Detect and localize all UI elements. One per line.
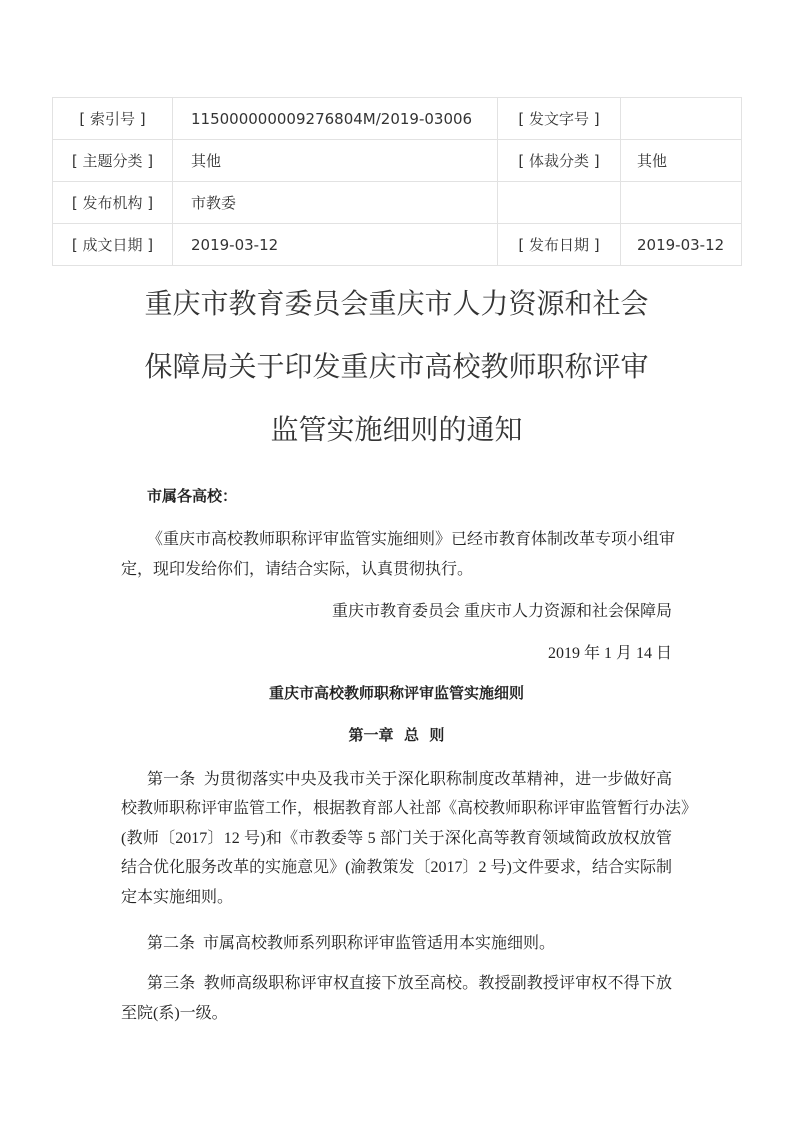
genre-category-label: [ 体裁分类 ] bbox=[498, 140, 621, 182]
table-row: [ 主题分类 ] 其他 [ 体裁分类 ] 其他 bbox=[53, 140, 742, 182]
written-date-label: [ 成文日期 ] bbox=[53, 224, 173, 266]
rules-title: 重庆市高校教师职称评审监管实施细则 bbox=[0, 682, 793, 703]
table-row: [ 成文日期 ] 2019-03-12 [ 发布日期 ] 2019-03-12 bbox=[53, 224, 742, 266]
publisher-value: 市教委 bbox=[173, 182, 498, 224]
table-row: [ 索引号 ] 115000000009276804M/2019-03006 [… bbox=[53, 98, 742, 140]
article-1-line-2: 校教师职称评审监管工作，根据教育部人社部《高校教师职称评审监管暂行办法》 bbox=[121, 795, 672, 818]
article-3-line-1: 第三条 教师高级职称评审权直接下放至高校。教授副教授评审权不得下放 bbox=[147, 970, 672, 993]
article-1-line-5: 定本实施细则。 bbox=[121, 884, 233, 907]
index-number-value: 115000000009276804M/2019-03006 bbox=[173, 98, 498, 140]
document-title-line-1: 重庆市教育委员会重庆市人力资源和社会 bbox=[0, 282, 793, 322]
salutation: 市属各高校： bbox=[147, 485, 237, 506]
signature: 重庆市教育委员会 重庆市人力资源和社会保障局 bbox=[332, 598, 672, 621]
topic-category-label: [ 主题分类 ] bbox=[53, 140, 173, 182]
table-row: [ 发布机构 ] 市教委 bbox=[53, 182, 742, 224]
article-1-line-3: (教师〔2017〕12 号)和《市教委等 5 部门关于深化高等教育领域简政放权放… bbox=[121, 825, 672, 848]
intro-line-2: 定，现印发给你们，请结合实际，认真贯彻执行。 bbox=[121, 556, 473, 579]
document-number-label: [ 发文字号 ] bbox=[498, 98, 621, 140]
article-2: 第二条 市属高校教师系列职称评审监管适用本实施细则。 bbox=[147, 930, 555, 953]
publish-date-label: [ 发布日期 ] bbox=[498, 224, 621, 266]
document-title-line-2: 保障局关于印发重庆市高校教师职称评审 bbox=[0, 345, 793, 385]
empty-cell bbox=[498, 182, 621, 224]
index-number-label: [ 索引号 ] bbox=[53, 98, 173, 140]
document-number-value bbox=[621, 98, 742, 140]
topic-category-value: 其他 bbox=[173, 140, 498, 182]
document-metadata-table: [ 索引号 ] 115000000009276804M/2019-03006 [… bbox=[52, 97, 742, 266]
article-1-line-1: 第一条 为贯彻落实中央及我市关于深化职称制度改革精神，进一步做好高 bbox=[147, 766, 672, 789]
publish-date-value: 2019-03-12 bbox=[621, 224, 742, 266]
chapter-title: 第一章 总 则 bbox=[0, 724, 793, 745]
article-1-line-4: 结合优化服务改革的实施意见》(渝教策发〔2017〕2 号)文件要求，结合实际制 bbox=[121, 854, 672, 877]
written-date-value: 2019-03-12 bbox=[173, 224, 498, 266]
article-3-line-2: 至院(系)一级。 bbox=[121, 1000, 228, 1023]
document-title-line-3: 监管实施细则的通知 bbox=[0, 408, 793, 448]
publisher-label: [ 发布机构 ] bbox=[53, 182, 173, 224]
intro-line-1: 《重庆市高校教师职称评审监管实施细则》已经市教育体制改革专项小组审 bbox=[147, 526, 672, 549]
genre-category-value: 其他 bbox=[621, 140, 742, 182]
empty-cell bbox=[621, 182, 742, 224]
issue-date: 2019 年 1 月 14 日 bbox=[548, 640, 672, 663]
